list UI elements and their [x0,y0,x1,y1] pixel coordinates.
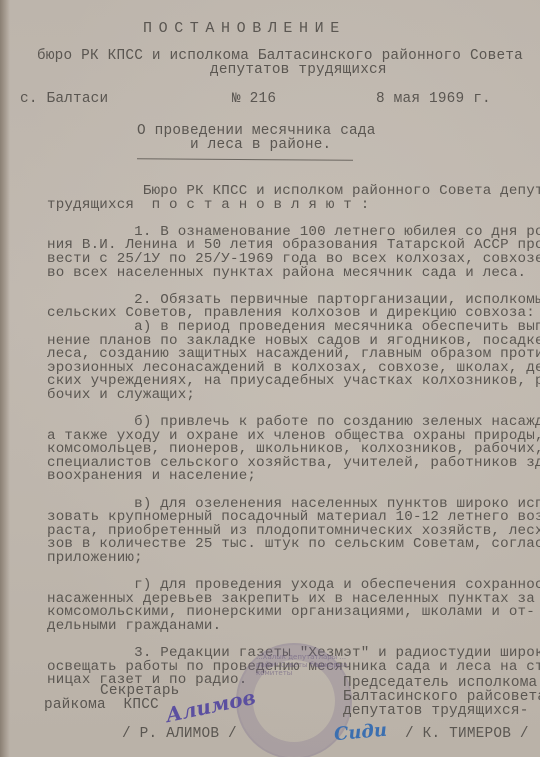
place: с. Балтаси [20,92,108,106]
left-signatory-title-1: Секретарь [100,684,180,698]
right-signatory-title-3: депутатов трудящихся- [343,704,529,718]
left-signatory-title-2: райкома КПСС [44,698,159,712]
document-title: ПОСТАНОВЛЕНИЕ [143,22,346,36]
subject-line-2: и леса в районе. [190,138,331,152]
right-signatory-title-2: Балтасинского райсовета [343,690,540,704]
right-signatory-title-1: Председатель исполкома [343,676,537,690]
left-signatory-name: / Р. АЛИМОВ / [122,727,237,741]
page-edge [0,0,10,757]
issuer-line-1: бюро РК КПСС и исполкома Балтасинского р… [37,49,523,63]
subject-line-1: О проведении месячника сада [137,124,376,138]
right-signatory-name: / К. ТИМЕРОВ / [405,727,529,741]
document-date: 8 мая 1969 г. [376,92,491,106]
document-number: № 216 [232,92,276,106]
issuer-line-2: депутатов трудящихся [210,63,387,77]
stamp-text: ...Халык депутатлары ... район Советы ба… [256,653,350,677]
document-body: Бюро РК КПСС и исполком районного Совета… [47,185,540,688]
